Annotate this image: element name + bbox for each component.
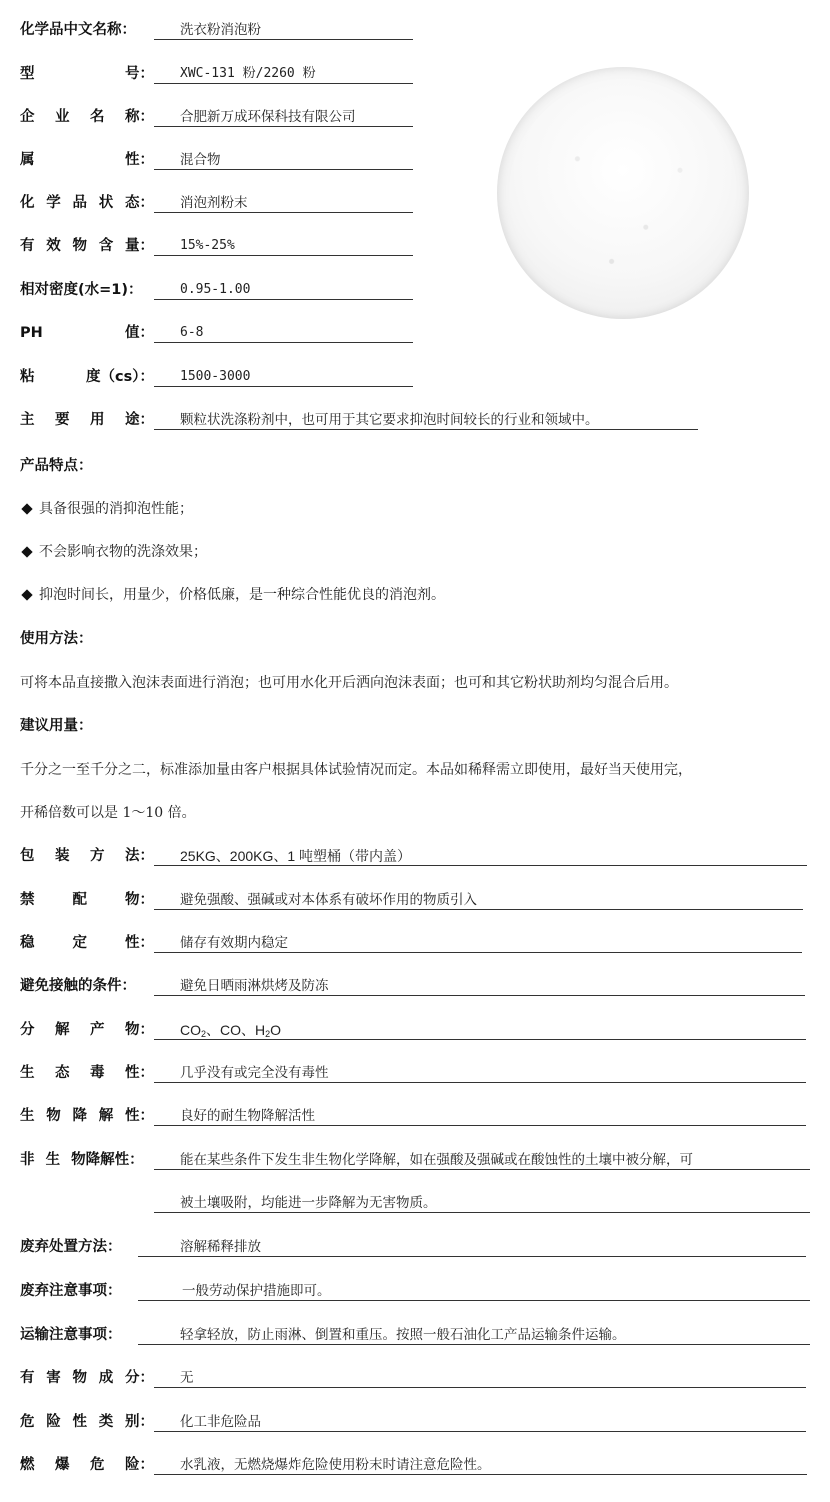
label-char: 态： [125,193,154,213]
safety-row-explosion-hazard: 燃 爆 危 险： 水乳液，无燃烧爆炸危险使用粉末时请注意危险性。 [20,1455,820,1479]
label-char: 险： [125,1455,154,1475]
feature-text: 具备很强的消抑泡性能； [39,501,193,517]
spec-row-chinese-name: 化学品中文名称： 洗衣粉消泡粉 [20,20,420,44]
dosage-text-line2: 开稀倍数可以是 1～10 倍。 [20,803,196,823]
safety-row-transport-notes: 运输注意事项： 轻拿轻放，防止雨淋、倒置和重压。按照一般石油化工产品运输条件运输… [20,1325,820,1349]
diamond-bullet-icon [21,589,32,600]
label-char: 非 [20,1152,35,1168]
label-char: 物 [73,1368,88,1388]
label-char: 品 [73,193,88,213]
label-char: 方 [90,846,105,866]
formula-part: O [270,1022,281,1038]
field-value: 洗衣粉消泡粉 [154,20,413,40]
feature-text: 不会影响衣物的洗涤效果； [39,544,207,560]
label-char: 学 [46,193,61,213]
label-char: 性 [73,1412,88,1432]
label-char: 态 [55,1063,70,1083]
field-label: 燃 爆 危 险： [20,1455,154,1475]
label-char: 状 [99,193,114,213]
label-char: 降 [73,1106,88,1126]
label-char: 要 [55,410,70,430]
label-char: 有 [20,1368,35,1388]
label-char: 属 [20,150,35,170]
label-char: 害 [46,1368,61,1388]
label-char: 定 [73,933,88,953]
spec-row-main-use: 主 要 用 途： 颗粒状洗涤粉剂中，也可用于其它要求抑泡时间较长的行业和领域中。 [20,410,720,434]
spec-row-company: 企 业 名 称： 合肥新万成环保科技有限公司 [20,107,420,131]
dosage-heading: 建议用量： [20,716,93,736]
field-value: 消泡剂粉末 [154,193,413,213]
field-value: 合肥新万成环保科技有限公司 [154,107,413,127]
label-char: PH [20,323,43,343]
label-char: 类 [99,1412,114,1432]
formula-part: 、CO、H [206,1022,265,1038]
field-value: 良好的耐生物降解活性 [154,1106,806,1126]
label-char: 业 [55,107,70,127]
field-label: 运输注意事项： [20,1325,122,1345]
label-char: 化 [20,193,35,213]
field-value: XWC-131 粉/2260 粉 [154,64,413,84]
field-label: 企 业 名 称： [20,107,154,127]
label-char: 危 [90,1455,105,1475]
label-char: 途： [125,410,154,430]
label-char: 产 [90,1020,105,1040]
label-char: 毒 [90,1063,105,1083]
field-value: 混合物 [154,150,413,170]
field-value: 颗粒状洗涤粉剂中，也可用于其它要求抑泡时间较长的行业和领域中。 [154,410,698,430]
field-label: 生 态 毒 性： [20,1063,154,1083]
field-value: 轻拿轻放，防止雨淋、倒置和重压。按照一般石油化工产品运输条件运输。 [138,1325,810,1345]
safety-row-abiotic-degradation: 非 生 物降解性： 能在某些条件下发生非生物化学降解，如在强酸及强碱或在酸蚀性的… [20,1150,830,1218]
formula-part: CO [180,1022,201,1038]
spec-row-active-content: 有 效 物 含 量： 15%-25% [20,236,420,260]
label-char: 配 [73,890,88,910]
field-value: 避免日晒雨淋烘烤及防冻 [154,976,805,996]
safety-row-packaging: 包 装 方 法： 25KG、200KG、1 吨塑桶（带内盖） [20,846,820,870]
field-value: 6-8 [154,323,413,343]
field-label: 废弃注意事项： [20,1281,122,1301]
field-label: 生 物 降 解 性： [20,1106,154,1126]
label-char: 装 [55,846,70,866]
field-value: 避免强酸、强碱或对本体系有破坏作用的物质引入 [154,890,803,910]
safety-row-avoid-conditions: 避免接触的条件： 避免日晒雨淋烘烤及防冻 [20,976,820,1000]
field-label: 型 号： [20,64,154,84]
field-label: 有 效 物 含 量： [20,236,154,256]
product-powder-image [497,67,749,319]
safety-row-stability: 稳 定 性： 储存有效期内稳定 [20,933,820,957]
field-value: 一般劳动保护措施即可。 [138,1281,810,1301]
label-char: 物 [46,1106,61,1126]
field-label: 主 要 用 途： [20,410,154,430]
field-value: CO2、CO、H2O [154,1020,806,1040]
label-char: 燃 [20,1455,35,1475]
label-char: 包 [20,846,35,866]
field-label: 废弃处置方法： [20,1237,122,1257]
safety-row-decomposition: 分 解 产 物： CO2、CO、H2O [20,1020,820,1044]
label-char: 值： [125,323,154,343]
field-value: 0.95-1.00 [154,280,413,300]
label-char: 有 [20,236,35,256]
label-char: 生 [46,1152,61,1168]
spec-row-ph: PH 值： 6-8 [20,323,420,347]
label-char: 性： [125,1063,154,1083]
field-value: 几乎没有或完全没有毒性 [154,1063,806,1083]
feature-item: 不会影响衣物的洗涤效果； [20,542,207,562]
field-label: 相对密度(水=1)： [20,280,143,300]
label-char: 物： [125,1020,154,1040]
spec-row-state: 化 学 品 状 态： 消泡剂粉末 [20,193,420,217]
label-char: 法： [125,846,154,866]
label-char: 量： [125,236,154,256]
label-char: 物： [125,890,154,910]
label-char: 性： [125,150,154,170]
label-char: 主 [20,410,35,430]
label-char: 解 [55,1020,70,1040]
field-value: 15%-25% [154,236,413,256]
safety-row-biodegradability: 生 物 降 解 性： 良好的耐生物降解活性 [20,1106,820,1130]
feature-item: 具备很强的消抑泡性能； [20,499,193,519]
field-value: 化工非危险品 [154,1412,806,1432]
safety-row-incompatible: 禁 配 物： 避免强酸、强碱或对本体系有破坏作用的物质引入 [20,890,820,914]
field-label: 化学品中文名称： [20,20,136,40]
usage-text: 可将本品直接撒入泡沫表面进行消泡；也可用水化开后洒向泡沫表面；也可和其它粉状助剂… [20,673,678,693]
field-label: 稳 定 性： [20,933,154,953]
label-char: 爆 [55,1455,70,1475]
label-char: 稳 [20,933,35,953]
field-label: 禁 配 物： [20,890,154,910]
field-value: 无 [154,1368,806,1388]
label-char: 度（cs）： [86,367,154,387]
label-char: 效 [46,236,61,256]
label-char: 险 [46,1412,61,1432]
field-label: 有 害 物 成 分： [20,1368,154,1388]
label-char: 物 [73,236,88,256]
usage-heading: 使用方法： [20,629,93,649]
label-char: 号： [125,64,154,84]
field-label: 粘 度（cs）： [20,367,154,387]
label-char: 成 [99,1368,114,1388]
label-char: 生 [20,1063,35,1083]
label-char: 型 [20,64,35,84]
safety-row-hazard-class: 危 险 性 类 别： 化工非危险品 [20,1412,820,1436]
spec-row-attribute: 属 性： 混合物 [20,150,420,174]
label-char: 粘 [20,367,35,387]
field-label: 危 险 性 类 别： [20,1412,154,1432]
field-label: 非 生 物降解性： [20,1150,154,1170]
diamond-bullet-icon [21,503,32,514]
dosage-text-line1: 千分之一至千分之二，标准添加量由客户根据具体试验情况而定。本品如稀释需立即使用，… [20,760,692,780]
field-label: 包 装 方 法： [20,846,154,866]
feature-text: 抑泡时间长，用量少，价格低廉，是一种综合性能优良的消泡剂。 [39,587,445,603]
label-char: 物降解性： [71,1152,144,1168]
field-value: 25KG、200KG、1 吨塑桶（带内盖） [154,846,807,866]
label-char: 称： [125,107,154,127]
safety-row-hazardous-components: 有 害 物 成 分： 无 [20,1368,820,1392]
spec-row-model: 型 号： XWC-131 粉/2260 粉 [20,64,420,88]
spec-row-viscosity: 粘 度（cs）： 1500-3000 [20,367,420,391]
label-char: 分 [20,1020,35,1040]
field-label: 分 解 产 物： [20,1020,154,1040]
field-label: 化 学 品 状 态： [20,193,154,213]
field-label: PH 值： [20,323,154,343]
label-char: 性： [125,933,154,953]
label-char: 性： [125,1106,154,1126]
label-char: 含 [99,236,114,256]
field-label: 避免接触的条件： [20,976,136,996]
field-value-line2: 被土壤吸附，均能进一步降解为无害物质。 [154,1193,810,1213]
label-char: 禁 [20,890,35,910]
safety-row-disposal-method: 废弃处置方法： 溶解稀释排放 [20,1237,820,1261]
label-char: 名 [90,107,105,127]
label-char: 危 [20,1412,35,1432]
safety-row-disposal-notes: 废弃注意事项： 一般劳动保护措施即可。 [20,1281,820,1305]
diamond-bullet-icon [21,546,32,557]
field-value: 能在某些条件下发生非生物化学降解，如在强酸及强碱或在酸蚀性的土壤中被分解，可 [154,1150,810,1170]
label-char: 解 [99,1106,114,1126]
field-value: 溶解稀释排放 [138,1237,806,1257]
label-char: 别： [125,1412,154,1432]
spec-row-density: 相对密度(水=1)： 0.95-1.00 [20,280,420,304]
field-label: 属 性： [20,150,154,170]
field-value: 水乳液，无燃烧爆炸危险使用粉末时请注意危险性。 [154,1455,807,1475]
field-value: 1500-3000 [154,367,413,387]
safety-row-eco-toxicity: 生 态 毒 性： 几乎没有或完全没有毒性 [20,1063,820,1087]
label-char: 企 [20,107,35,127]
label-char: 用 [90,410,105,430]
feature-item: 抑泡时间长，用量少，价格低廉，是一种综合性能优良的消泡剂。 [20,585,445,605]
label-char: 生 [20,1106,35,1126]
label-char: 分： [125,1368,154,1388]
features-heading: 产品特点： [20,456,93,476]
field-value: 储存有效期内稳定 [154,933,802,953]
